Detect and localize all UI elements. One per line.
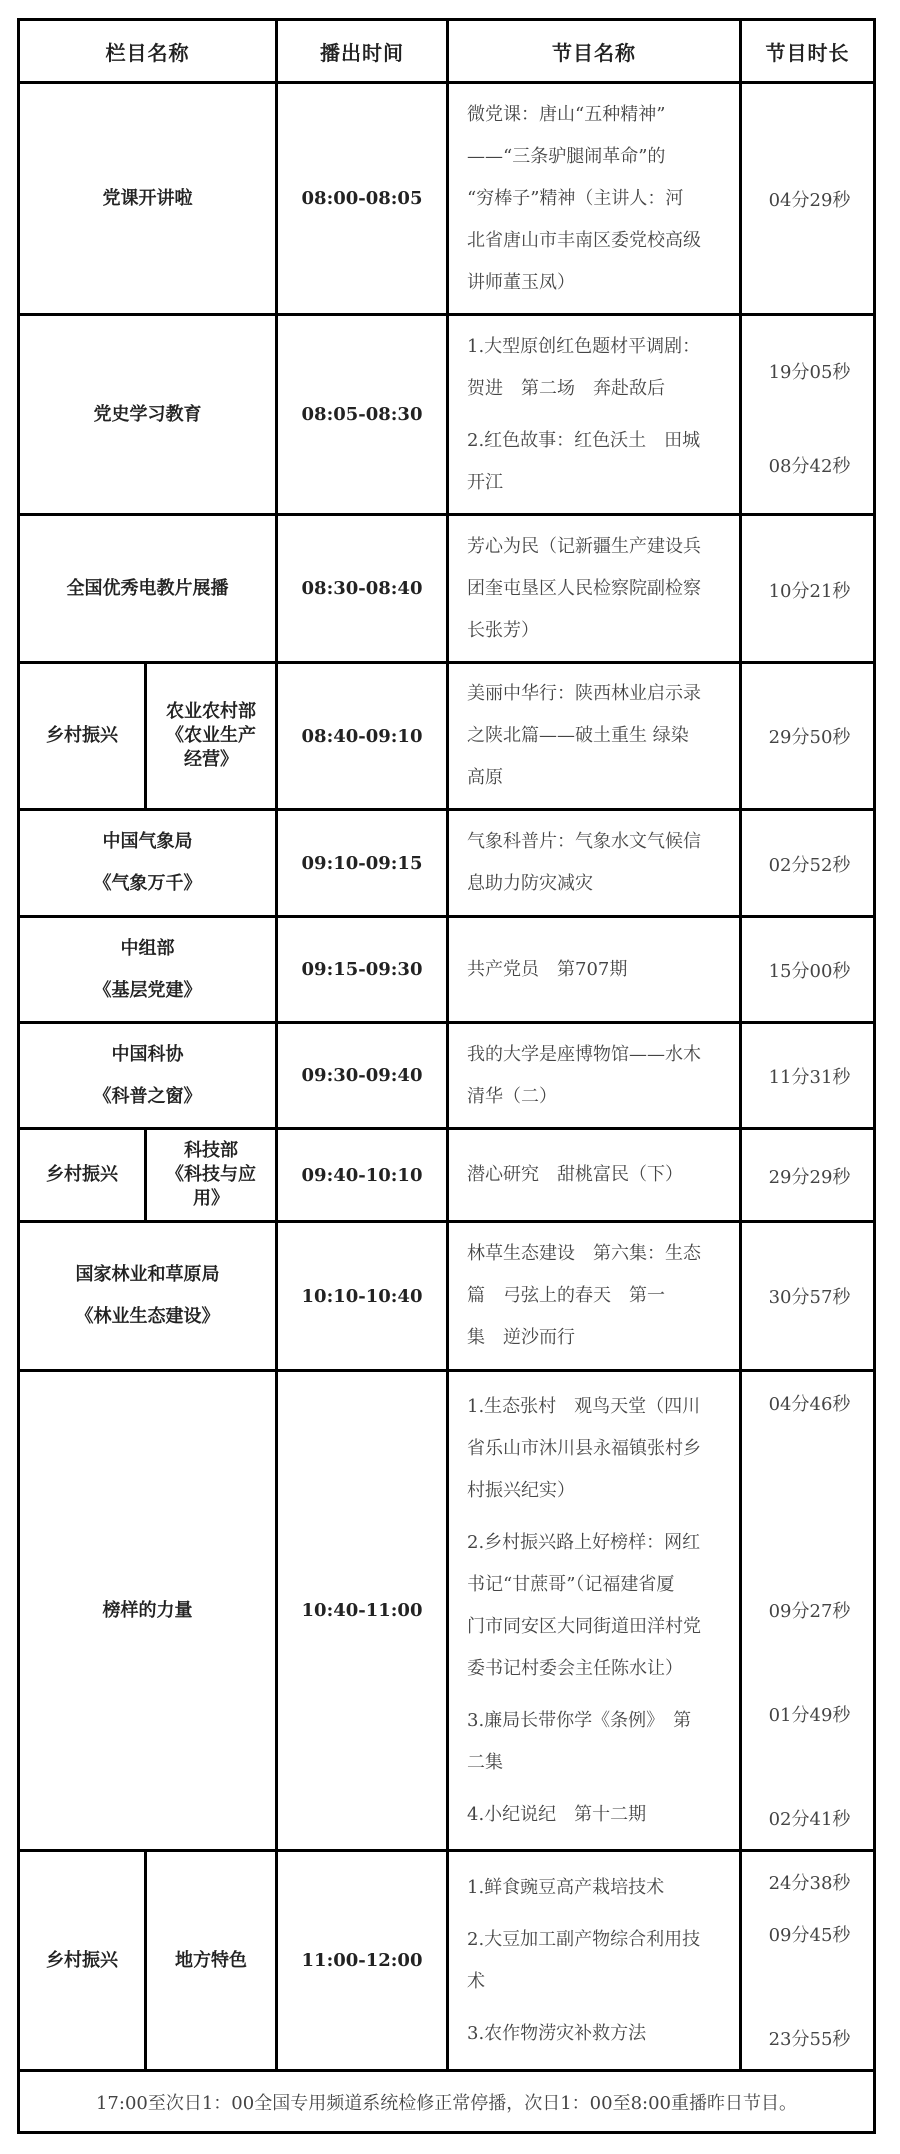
program-line: 开江 bbox=[467, 462, 727, 504]
program-line: 团奎屯垦区人民检察院副检察 bbox=[467, 568, 727, 610]
column-name-cell: 中国科协 《科普之窗》 bbox=[20, 1024, 275, 1127]
program-line: 委书记村委会主任陈水让） bbox=[467, 1648, 727, 1690]
column-name-cell: 榜样的力量 bbox=[20, 1372, 275, 1849]
program-line: 美丽中华行：陕西林业启示录 bbox=[467, 673, 727, 715]
program-cell: 共产党员 第707期 bbox=[449, 918, 739, 1021]
duration-cell: 11分31秒 bbox=[742, 1063, 877, 1089]
program-line: 集 逆沙而行 bbox=[467, 1317, 727, 1359]
column-name-cell: 中组部 《基层党建》 bbox=[20, 918, 275, 1021]
duration-cell: 29分50秒 bbox=[742, 723, 877, 749]
duration-cell: 19分05秒 bbox=[742, 358, 877, 384]
program-line: 气象科普片：气象水文气候信 bbox=[467, 821, 727, 863]
program-line: 贺进 第二场 奔赴敌后 bbox=[467, 368, 727, 410]
sub-column-line: 用》 bbox=[193, 1187, 229, 1211]
duration-cell: 23分55秒 bbox=[742, 2025, 877, 2051]
program-cell: 我的大学是座博物馆——水木 清华（二） bbox=[449, 1024, 739, 1127]
program-line: 长张芳） bbox=[467, 610, 727, 652]
program-line: 潜心研究 甜桃富民（下） bbox=[467, 1154, 727, 1196]
program-cell: 林草生态建设 第六集：生态 篇 弓弦上的春天 第一 集 逆沙而行 bbox=[449, 1223, 739, 1369]
header-column-name: 栏目名称 bbox=[20, 21, 275, 81]
column-name-line: 《科普之窗》 bbox=[94, 1076, 202, 1118]
program-line: 高原 bbox=[467, 757, 727, 799]
sub-column-line: 农业农村部 bbox=[166, 700, 256, 724]
air-time-cell: 09:10-09:15 bbox=[278, 811, 446, 915]
program-line: 林草生态建设 第六集：生态 bbox=[467, 1233, 727, 1275]
duration-cell: 15分00秒 bbox=[742, 957, 877, 983]
program-line: ——“三条驴腿闹革命”的 bbox=[467, 136, 727, 178]
column-name-cell: 乡村振兴 bbox=[20, 1130, 144, 1220]
program-line: 村振兴纪实） bbox=[467, 1470, 727, 1512]
program-line: 微党课：唐山“五种精神” bbox=[467, 94, 727, 136]
program-line: 4.小纪说纪 第十二期 bbox=[467, 1794, 727, 1836]
sub-column-cell: 农业农村部 《农业生产 经营》 bbox=[147, 664, 275, 808]
column-name-line: 《基层党建》 bbox=[94, 970, 202, 1012]
column-name-line: 《林业生态建设》 bbox=[76, 1296, 220, 1338]
program-line: 之陕北篇——破土重生 绿染 bbox=[467, 715, 727, 757]
program-line: 1.鲜食豌豆高产栽培技术 bbox=[467, 1867, 727, 1909]
duration-cell: 09分27秒 bbox=[742, 1597, 877, 1623]
sub-column-cell: 地方特色 bbox=[147, 1852, 275, 2069]
program-line: 2.红色故事：红色沃土 田城 bbox=[467, 420, 727, 462]
air-time-cell: 08:40-09:10 bbox=[278, 664, 446, 808]
air-time-cell: 10:10-10:40 bbox=[278, 1223, 446, 1369]
program-line: 篇 弓弦上的春天 第一 bbox=[467, 1275, 727, 1317]
air-time-cell: 08:05-08:30 bbox=[278, 316, 446, 513]
duration-cell: 02分41秒 bbox=[742, 1805, 877, 1831]
column-name-line: 中组部 bbox=[121, 928, 175, 970]
sub-column-line: 《农业生产 bbox=[166, 724, 256, 748]
air-time-cell: 11:00-12:00 bbox=[278, 1852, 446, 2069]
program-cell: 气象科普片：气象水文气候信 息助力防灾减灾 bbox=[449, 811, 739, 915]
program-line: 2.乡村振兴路上好榜样：网红 bbox=[467, 1522, 727, 1564]
program-cell: 1.鲜食豌豆高产栽培技术 2.大豆加工副产物综合利用技 术 3.农作物涝灾补救方… bbox=[449, 1852, 739, 2069]
program-cell: 1.大型原创红色题材平调剧： 贺进 第二场 奔赴敌后 2.红色故事：红色沃土 田… bbox=[449, 316, 739, 513]
sub-column-line: 科技部 bbox=[184, 1139, 238, 1163]
program-line: 清华（二） bbox=[467, 1076, 727, 1118]
program-line: 1.生态张村 观鸟天堂（四川 bbox=[467, 1386, 727, 1428]
program-cell: 1.生态张村 观鸟天堂（四川 省乐山市沐川县永福镇张村乡 村振兴纪实） 2.乡村… bbox=[449, 1372, 739, 1849]
program-line: 1.大型原创红色题材平调剧： bbox=[467, 326, 727, 368]
column-name-cell: 乡村振兴 bbox=[20, 664, 144, 808]
header-duration: 节目时长 bbox=[742, 21, 873, 81]
program-line: 3.农作物涝灾补救方法 bbox=[467, 2013, 727, 2055]
program-line: “穷棒子”精神（主讲人：河 bbox=[467, 178, 727, 220]
program-line: 我的大学是座博物馆——水木 bbox=[467, 1034, 727, 1076]
column-name-cell: 党课开讲啦 bbox=[20, 84, 275, 313]
duration-cell: 04分29秒 bbox=[742, 186, 877, 212]
program-line: 共产党员 第707期 bbox=[467, 949, 727, 991]
duration-cell: 01分49秒 bbox=[742, 1701, 877, 1727]
air-time-cell: 10:40-11:00 bbox=[278, 1372, 446, 1849]
duration-cell: 29分29秒 bbox=[742, 1163, 877, 1189]
program-cell: 潜心研究 甜桃富民（下） bbox=[449, 1130, 739, 1220]
sub-column-line: 经营》 bbox=[184, 748, 238, 772]
duration-cell: 30分57秒 bbox=[742, 1283, 877, 1309]
column-name-cell: 党史学习教育 bbox=[20, 316, 275, 513]
duration-cell: 08分42秒 bbox=[742, 452, 877, 478]
air-time-cell: 08:30-08:40 bbox=[278, 516, 446, 661]
program-line: 二集 bbox=[467, 1742, 727, 1784]
column-name-line: 国家林业和草原局 bbox=[76, 1254, 220, 1296]
column-name-cell: 中国气象局 《气象万千》 bbox=[20, 811, 275, 915]
column-name-line: 《气象万千》 bbox=[94, 863, 202, 905]
column-name-cell: 乡村振兴 bbox=[20, 1852, 144, 2069]
sub-column-line: 《科技与应 bbox=[166, 1163, 256, 1187]
duration-cell: 10分21秒 bbox=[742, 577, 877, 603]
program-line: 书记“甘蔗哥”（记福建省厦 bbox=[467, 1564, 727, 1606]
air-time-cell: 09:15-09:30 bbox=[278, 918, 446, 1021]
footer-note: 17:00至次日1：00全国专用频道系统检修正常停播，次日1：00至8:00重播… bbox=[20, 2072, 873, 2131]
program-cell: 微党课：唐山“五种精神” ——“三条驴腿闹革命”的 “穷棒子”精神（主讲人：河 … bbox=[449, 84, 739, 313]
header-program-name: 节目名称 bbox=[449, 21, 739, 81]
column-name-cell: 全国优秀电教片展播 bbox=[20, 516, 275, 661]
program-line: 3.廉局长带你学《条例》 第 bbox=[467, 1700, 727, 1742]
column-name-line: 中国科协 bbox=[112, 1034, 184, 1076]
program-line: 2.大豆加工副产物综合利用技 bbox=[467, 1919, 727, 1961]
duration-cell: 04分46秒 bbox=[742, 1390, 877, 1416]
col-divider bbox=[739, 18, 742, 2071]
program-line: 省乐山市沐川县永福镇张村乡 bbox=[467, 1428, 727, 1470]
column-name-line: 中国气象局 bbox=[103, 821, 193, 863]
program-line: 讲师董玉凤） bbox=[467, 262, 727, 304]
air-time-cell: 09:30-09:40 bbox=[278, 1024, 446, 1127]
sub-column-cell: 科技部 《科技与应 用》 bbox=[147, 1130, 275, 1220]
duration-cell: 09分45秒 bbox=[742, 1921, 877, 1947]
header-air-time: 播出时间 bbox=[278, 21, 446, 81]
air-time-cell: 09:40-10:10 bbox=[278, 1130, 446, 1220]
program-line: 门市同安区大同街道田洋村党 bbox=[467, 1606, 727, 1648]
program-line: 息助力防灾减灾 bbox=[467, 863, 727, 905]
program-line: 芳心为民（记新疆生产建设兵 bbox=[467, 526, 727, 568]
duration-cell: 24分38秒 bbox=[742, 1869, 877, 1895]
program-line: 北省唐山市丰南区委党校高级 bbox=[467, 220, 727, 262]
program-cell: 芳心为民（记新疆生产建设兵 团奎屯垦区人民检察院副检察 长张芳） bbox=[449, 516, 739, 661]
program-cell: 美丽中华行：陕西林业启示录 之陕北篇——破土重生 绿染 高原 bbox=[449, 664, 739, 808]
duration-cell: 02分52秒 bbox=[742, 851, 877, 877]
column-name-cell: 国家林业和草原局 《林业生态建设》 bbox=[20, 1223, 275, 1369]
program-line: 术 bbox=[467, 1961, 727, 2003]
air-time-cell: 08:00-08:05 bbox=[278, 84, 446, 313]
